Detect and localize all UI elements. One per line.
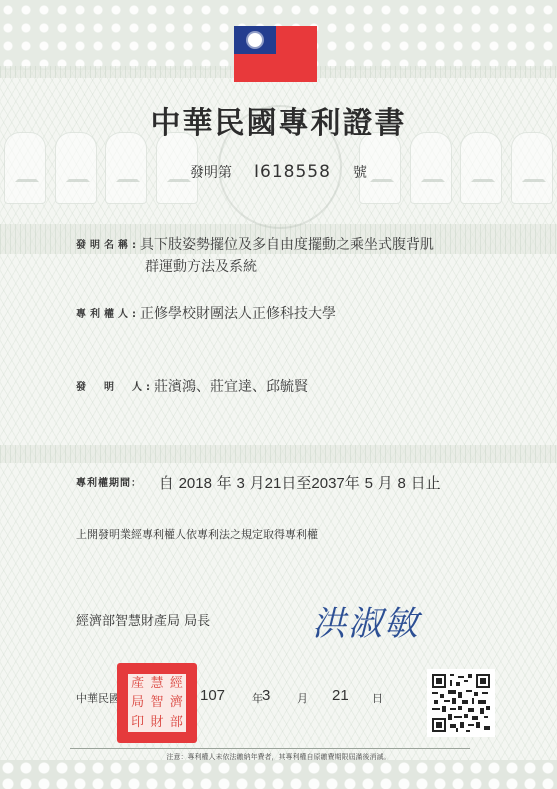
seal-characters: 產 慧 經 局 智 濟 印 財 部 xyxy=(128,674,186,732)
term-start-month: 3 xyxy=(237,475,245,492)
patent-term: 專利權期間： 自 2018 年 3 月21日至2037年 5 月 8 日止 xyxy=(76,472,441,493)
patent-certificate: 中華民國專利證書 發明第I618558號 發明名稱:具下肢姿勢擺位及多自由度擺動… xyxy=(0,0,557,789)
bottom-guilloche-pattern xyxy=(0,760,557,789)
seal-char: 經 xyxy=(167,674,186,693)
term-month-char: 月 xyxy=(250,474,265,492)
term-day-char: 日 xyxy=(281,474,296,492)
seal-char: 印 xyxy=(128,713,147,732)
grant-statement: 上開發明業經專利權人依專利法之規定取得專利權 xyxy=(76,526,318,542)
issue-date-day: 21 xyxy=(332,687,349,704)
term-end-month-char: 月 xyxy=(378,474,393,492)
invention-name-label: 發明名稱: xyxy=(76,236,140,251)
term-start-year: 2018 xyxy=(179,475,212,492)
term-start-day: 21 xyxy=(265,475,282,492)
seal-char: 濟 xyxy=(167,693,186,712)
patentee-label: 專利權人: xyxy=(76,305,140,320)
term-end-day: 8 xyxy=(397,475,405,492)
patent-number: I618558 xyxy=(254,162,331,182)
term-to: 至 xyxy=(296,474,311,492)
invention-name-field: 發明名稱:具下肢姿勢擺位及多自由度擺動之乘坐式腹背肌 群運動方法及系統 xyxy=(76,234,434,276)
patent-number-line: 發明第I618558號 xyxy=(0,162,557,182)
issue-date-era: 中華民國 xyxy=(76,690,120,706)
decorative-band xyxy=(0,445,557,463)
term-end-suffix: 日止 xyxy=(411,474,441,492)
inventors-value: 莊濱鴻、莊宜達、邱毓賢 xyxy=(154,379,308,395)
qr-code-icon[interactable] xyxy=(427,669,495,737)
seal-char: 局 xyxy=(128,693,147,712)
inventors-label: 發 明 人: xyxy=(76,378,154,393)
patent-number-suffix: 號 xyxy=(353,165,367,181)
patent-number-prefix: 發明第 xyxy=(190,165,232,181)
seal-char: 產 xyxy=(128,674,147,693)
seal-char: 智 xyxy=(147,693,166,712)
term-end-year-char: 年 xyxy=(345,474,360,492)
issue-date-month-char: 月 xyxy=(297,690,308,706)
patent-term-label: 專利權期間： xyxy=(76,478,142,489)
patentee-field: 專利權人:正修學校財團法人正修科技大學 xyxy=(76,303,336,323)
issue-date-month: 3 xyxy=(262,687,270,704)
patentee-value: 正修學校財團法人正修科技大學 xyxy=(140,306,336,322)
inventors-field: 發 明 人:莊濱鴻、莊宜達、邱毓賢 xyxy=(76,376,308,396)
official-seal: 產 慧 經 局 智 濟 印 財 部 xyxy=(117,663,197,743)
invention-name-value: 具下肢姿勢擺位及多自由度擺動之乘坐式腹背肌 xyxy=(140,237,434,253)
term-year-char: 年 xyxy=(217,474,232,492)
footer-divider xyxy=(70,748,470,749)
certificate-title: 中華民國專利證書 xyxy=(0,98,557,142)
white-sun-icon xyxy=(248,33,262,47)
term-end-year: 2037 xyxy=(311,475,344,492)
seal-char: 部 xyxy=(167,713,186,732)
term-from: 自 xyxy=(159,474,174,492)
flag-canton xyxy=(234,26,276,54)
seal-char: 財 xyxy=(147,713,166,732)
invention-name-value-line2: 群運動方法及系統 xyxy=(145,256,434,276)
seal-char: 慧 xyxy=(147,674,166,693)
director-signature: 洪淑敏 xyxy=(312,596,420,645)
issue-date-year: 107 xyxy=(200,687,225,704)
annual-fee-notice: 注意：專利權人未依法繳納年費者，其專利權自原繳費期限屆滿後消滅。 xyxy=(0,752,557,762)
term-end-month: 5 xyxy=(365,475,373,492)
issue-date-day-char: 日 xyxy=(372,690,383,706)
roc-flag-icon xyxy=(234,26,317,82)
issuer-title: 經濟部智慧財產局 局長 xyxy=(76,610,210,629)
